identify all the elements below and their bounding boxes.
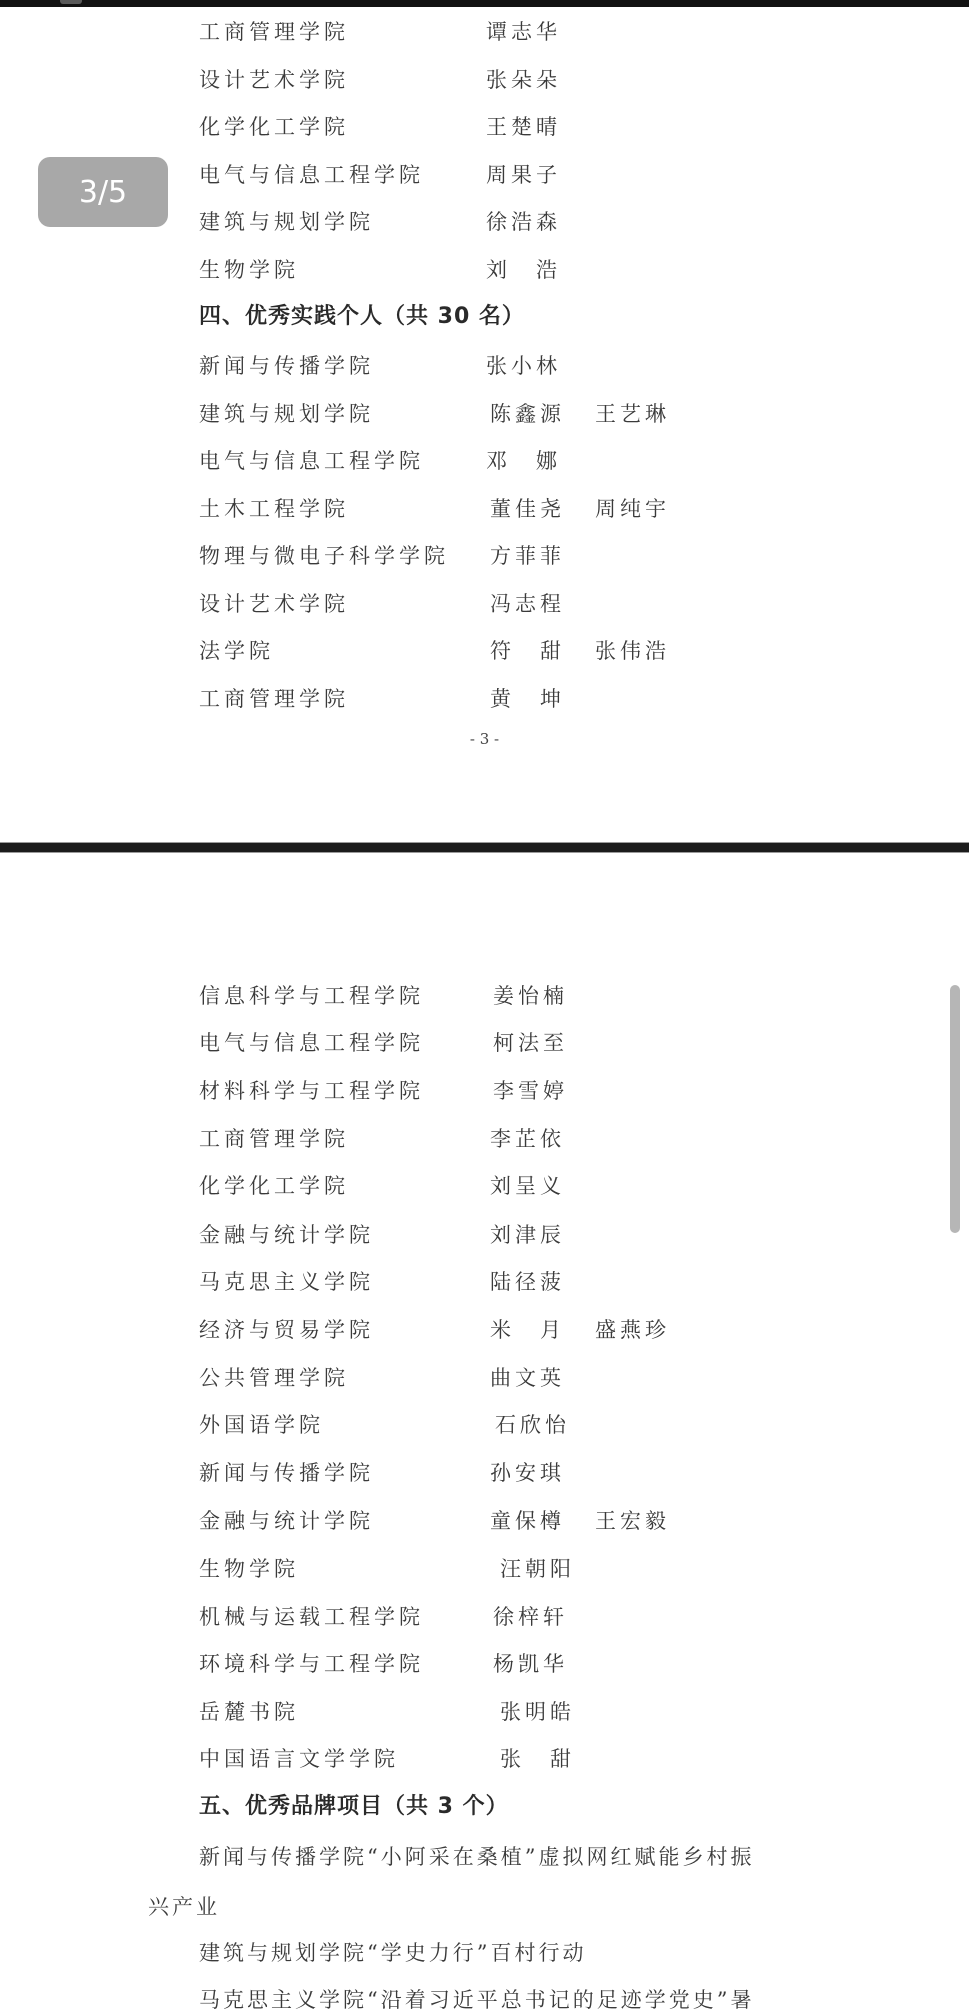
person-name: 王楚晴 [486,107,561,147]
college-name: 土木工程学院 [199,489,349,529]
person-name: 谭志华 [486,12,561,52]
college-name: 新闻与传播学院 [199,346,374,386]
person-name: 汪朝阳 [500,1549,575,1589]
person-name: 曲文英 [490,1358,565,1398]
person-name: 董佳尧 [490,489,565,529]
college-name: 公共管理学院 [199,1358,349,1398]
college-name: 信息科学与工程学院 [199,976,424,1016]
person-name: 姜怡楠 [493,976,568,1016]
person-name: 刘呈义 [490,1166,565,1206]
person-name: 周果子 [486,155,561,195]
person-name: 米 月 [490,1310,565,1350]
person-name: 王宏毅 [595,1501,670,1541]
college-name: 法学院 [199,631,274,671]
page-indicator-label: 3/5 [79,175,127,210]
person-name: 李雪婷 [493,1071,568,1111]
section-heading-excellent-individuals: 四、优秀实践个人（共 30 名） [199,297,525,337]
person-name: 符 甜 [490,631,565,671]
person-name: 刘津辰 [490,1215,565,1255]
person-name: 李芷依 [490,1119,565,1159]
person-name: 陈鑫源 [490,394,565,434]
college-name: 电气与信息工程学院 [199,441,424,481]
college-name: 设计艺术学院 [199,584,349,624]
college-name: 化学化工学院 [199,107,349,147]
person-name: 石欣怡 [495,1405,570,1445]
person-name: 陆径菠 [490,1262,565,1302]
person-name: 孙安琪 [490,1453,565,1493]
college-name: 建筑与规划学院 [199,202,374,242]
college-name: 中国语言文学学院 [199,1739,399,1779]
toolbar-icon[interactable] [60,0,82,4]
college-name: 金融与统计学院 [199,1501,374,1541]
person-name: 刘 浩 [486,250,561,290]
college-name: 电气与信息工程学院 [199,155,424,195]
person-name: 方菲菲 [490,536,565,576]
college-name: 外国语学院 [199,1405,324,1445]
person-name: 柯法至 [493,1023,568,1063]
college-name: 岳麓书院 [199,1692,299,1732]
person-name: 黄 坤 [490,679,565,719]
person-name: 张伟浩 [595,631,670,671]
page-divider [0,843,969,852]
college-name: 材料科学与工程学院 [199,1071,424,1111]
person-name: 张小林 [486,346,561,386]
college-name: 建筑与规划学院 [199,394,374,434]
college-name: 生物学院 [199,250,299,290]
project-paragraph: 新闻与传播学院“小阿采在桑植”虚拟网红赋能乡村振 [199,1837,754,1877]
college-name: 化学化工学院 [199,1166,349,1206]
college-name: 物理与微电子科学学院 [199,536,449,576]
college-name: 经济与贸易学院 [199,1310,374,1350]
college-name: 金融与统计学院 [199,1215,374,1255]
college-name: 生物学院 [199,1549,299,1589]
college-name: 马克思主义学院 [199,1262,374,1302]
section-heading-brand-projects: 五、优秀品牌项目（共 3 个） [199,1787,509,1827]
college-name: 环境科学与工程学院 [199,1644,424,1684]
person-name: 周纯宇 [595,489,670,529]
college-name: 机械与运载工程学院 [199,1597,424,1637]
person-name: 徐梓轩 [493,1597,568,1637]
person-name: 盛燕珍 [595,1310,670,1350]
project-paragraph: 马克思主义学院“沿着习近平总书记的足迹学党史”暑 [199,1980,754,2016]
person-name: 邓 娜 [486,441,561,481]
college-name: 工商管理学院 [199,1119,349,1159]
college-name: 新闻与传播学院 [199,1453,374,1493]
viewer-top-bar [0,0,969,7]
person-name: 童保樽 [490,1501,565,1541]
college-name: 设计艺术学院 [199,60,349,100]
vertical-scrollbar[interactable] [950,985,960,1233]
person-name: 张明皓 [500,1692,575,1732]
page-indicator-badge: 3/5 [38,157,168,227]
person-name: 杨凯华 [493,1644,568,1684]
person-name: 冯志程 [490,584,565,624]
person-name: 张 甜 [500,1739,575,1779]
project-paragraph-continuation: 兴产业 [148,1887,220,1927]
page-number: - 3 - [0,730,969,748]
person-name: 王艺琳 [595,394,670,434]
person-name: 张朵朵 [486,60,561,100]
college-name: 工商管理学院 [199,12,349,52]
person-name: 徐浩森 [486,202,561,242]
college-name: 工商管理学院 [199,679,349,719]
project-paragraph: 建筑与规划学院“学史力行”百村行动 [199,1933,586,1973]
college-name: 电气与信息工程学院 [199,1023,424,1063]
